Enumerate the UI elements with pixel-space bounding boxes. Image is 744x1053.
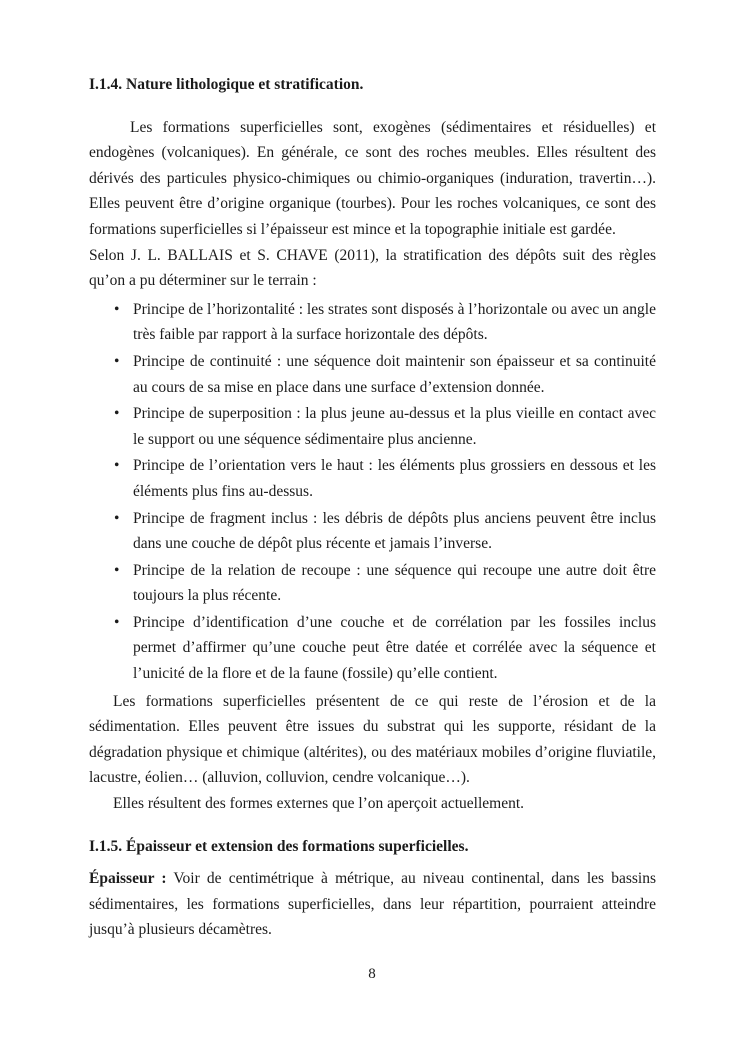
list-item: • Principe de superposition : la plus je… (89, 401, 656, 452)
page-content: I.1.4. Nature lithologique et stratifica… (89, 72, 656, 943)
paragraph-selon-ballais: Selon J. L. BALLAIS et S. CHAVE (2011), … (89, 243, 656, 294)
list-item-text: Principe d’identification d’une couche e… (133, 614, 656, 682)
list-item-text: Principe de l’horizontalité : les strate… (133, 301, 656, 344)
list-item: • Principe d’identification d’une couche… (89, 610, 656, 687)
page-number: 8 (0, 962, 744, 988)
bullet-icon: • (114, 401, 119, 427)
list-item: • Principe de l’orientation vers le haut… (89, 453, 656, 504)
epaisseur-bold-lead: Épaisseur : (89, 870, 166, 887)
list-item: • Principe de fragment inclus : les débr… (89, 506, 656, 557)
paragraph-formes-externes: Elles résultent des formes externes que … (89, 791, 656, 817)
list-item-text: Principe de continuité : une séquence do… (133, 353, 656, 396)
list-item-text: Principe de fragment inclus : les débris… (133, 510, 656, 553)
paragraph-epaisseur: Épaisseur : Voir de centimétrique à métr… (89, 866, 656, 943)
bullet-icon: • (114, 558, 119, 584)
principles-bullet-list: • Principe de l’horizontalité : les stra… (89, 297, 656, 687)
section-heading-epaisseur-extension: I.1.5. Épaisseur et extension des format… (89, 834, 656, 860)
list-item-text: Principe de superposition : la plus jeun… (133, 405, 656, 448)
epaisseur-body-text: Voir de centimétrique à métrique, au niv… (89, 870, 656, 938)
list-item: • Principe de continuité : une séquence … (89, 349, 656, 400)
list-item: • Principe de l’horizontalité : les stra… (89, 297, 656, 348)
bullet-icon: • (114, 610, 119, 636)
bullet-icon: • (114, 297, 119, 323)
bullet-icon: • (114, 506, 119, 532)
paragraph-intro: Les formations superficielles sont, exog… (89, 115, 656, 243)
list-item-text: Principe de l’orientation vers le haut :… (133, 457, 656, 500)
paragraph-erosion-sedimentation: Les formations superficielles présentent… (89, 689, 656, 791)
list-item: • Principe de la relation de recoupe : u… (89, 558, 656, 609)
document-page: I.1.4. Nature lithologique et stratifica… (0, 0, 744, 1053)
bullet-icon: • (114, 349, 119, 375)
list-item-text: Principe de la relation de recoupe : une… (133, 562, 656, 605)
section-heading-nature-lithologique: I.1.4. Nature lithologique et stratifica… (89, 72, 656, 98)
bullet-icon: • (114, 453, 119, 479)
